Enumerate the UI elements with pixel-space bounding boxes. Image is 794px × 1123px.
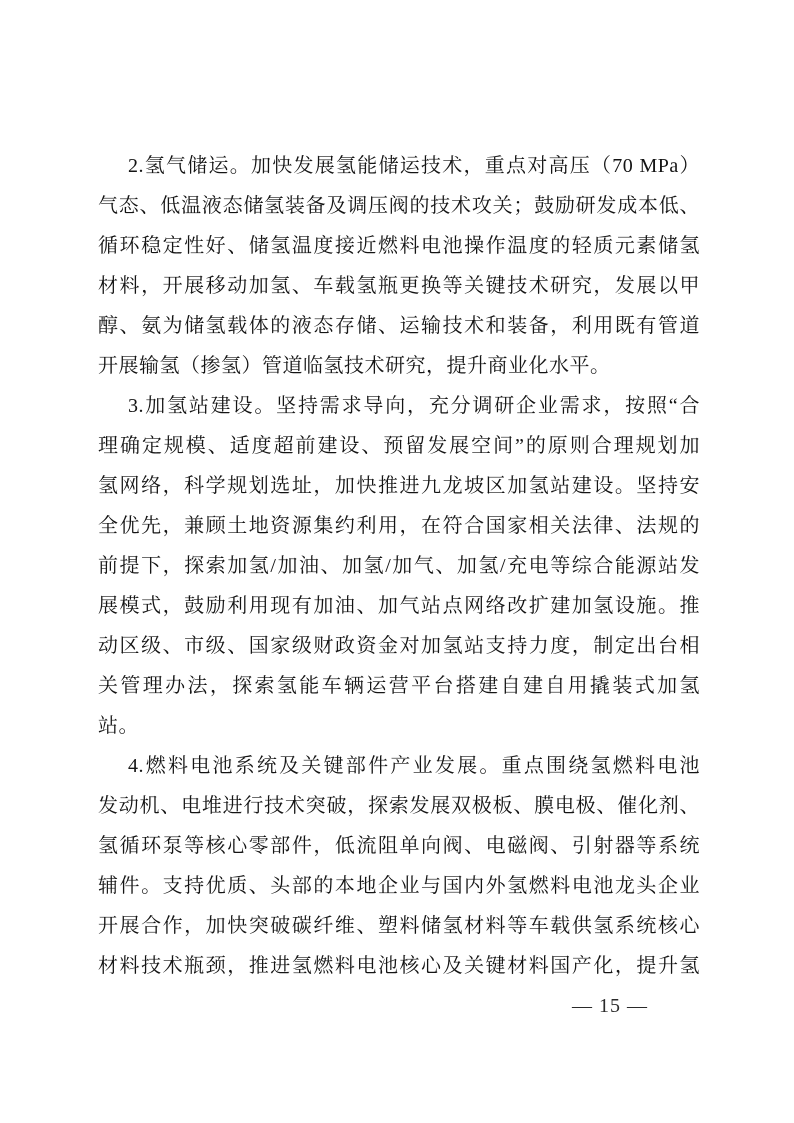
text-line: 前提下，探索加氢/加油、加氢/加气、加氢/充电等综合能源站发 (98, 546, 700, 586)
text-line: 关管理办法，探索氢能车辆运营平台搭建自建自用撬装式加氢 (98, 666, 700, 706)
text-line: 辅件。支持优质、头部的本地企业与国内外氢燃料电池龙头企业 (98, 866, 700, 906)
paragraph-hydrogen-storage-transport: 2.氢气储运。加快发展氢能储运技术，重点对高压（70 MPa） 气态、低温液态储… (98, 146, 700, 386)
text-line: 3.加氢站建设。坚持需求导向，充分调研企业需求，按照“合 (98, 386, 700, 426)
text-line: 气态、低温液态储氢装备及调压阀的技术攻关；鼓励研发成本低、 (98, 186, 700, 226)
text-line: 4.燃料电池系统及关键部件产业发展。重点围绕氢燃料电池 (98, 746, 700, 786)
text-line: 材料技术瓶颈，推进氢燃料电池核心及关键材料国产化，提升氢 (98, 946, 700, 986)
text-line: 理确定规模、适度超前建设、预留发展空间”的原则合理规划加 (98, 426, 700, 466)
text-line: 全优先，兼顾土地资源集约利用，在符合国家相关法律、法规的 (98, 506, 700, 546)
text-line: 2.氢气储运。加快发展氢能储运技术，重点对高压（70 MPa） (98, 146, 700, 186)
text-line: 氢网络，科学规划选址，加快推进九龙坡区加氢站建设。坚持安 (98, 466, 700, 506)
document-body: 2.氢气储运。加快发展氢能储运技术，重点对高压（70 MPa） 气态、低温液态储… (98, 146, 700, 986)
paragraph-refueling-station-construction: 3.加氢站建设。坚持需求导向，充分调研企业需求，按照“合 理确定规模、适度超前建… (98, 386, 700, 746)
text-line: 开展输氢（掺氢）管道临氢技术研究，提升商业化水平。 (98, 346, 700, 386)
document-page: 2.氢气储运。加快发展氢能储运技术，重点对高压（70 MPa） 气态、低温液态储… (0, 0, 794, 1123)
text-line: 展模式，鼓励利用现有加油、加气站点网络改扩建加氢设施。推 (98, 586, 700, 626)
paragraph-fuel-cell-system-industry: 4.燃料电池系统及关键部件产业发展。重点围绕氢燃料电池 发动机、电堆进行技术突破… (98, 746, 700, 986)
text-line: 材料，开展移动加氢、车载氢瓶更换等关键技术研究，发展以甲 (98, 266, 700, 306)
text-line: 发动机、电堆进行技术突破，探索发展双极板、膜电极、催化剂、 (98, 786, 700, 826)
text-line: 醇、氨为储氢载体的液态存储、运输技术和装备，利用既有管道 (98, 306, 700, 346)
text-line: 开展合作，加快突破碳纤维、塑料储氢材料等车载供氢系统核心 (98, 906, 700, 946)
page-number: — 15 — (0, 992, 794, 1020)
text-line: 氢循环泵等核心零部件，低流阻单向阀、电磁阀、引射器等系统 (98, 826, 700, 866)
text-line: 站。 (98, 706, 700, 746)
text-line: 动区级、市级、国家级财政资金对加氢站支持力度，制定出台相 (98, 626, 700, 666)
text-line: 循环稳定性好、储氢温度接近燃料电池操作温度的轻质元素储氢 (98, 226, 700, 266)
